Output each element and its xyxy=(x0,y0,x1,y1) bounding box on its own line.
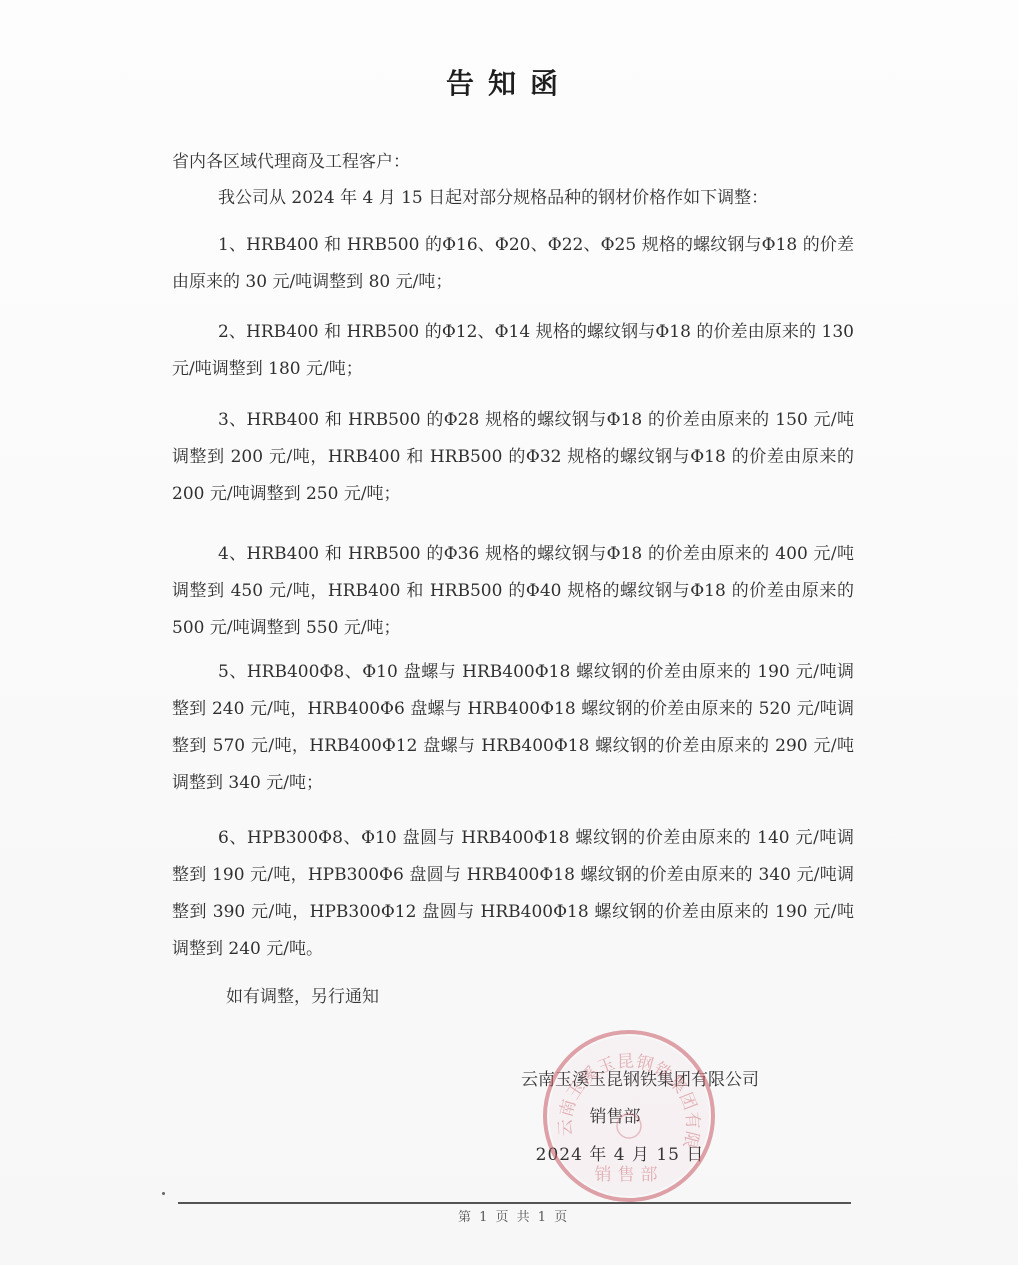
svg-text:云南玉溪玉昆钢铁集团有限公司: 云南玉溪玉昆钢铁集团有限公司 xyxy=(543,1030,702,1151)
signature-department: 销售部 xyxy=(565,1102,665,1127)
adjustment-item-3: 3、HRB400 和 HRB500 的Φ28 规格的螺纹钢与Φ18 的价差由原来… xyxy=(172,402,854,513)
salutation: 省内各区域代理商及工程客户： xyxy=(172,147,410,172)
closing-note: 如有调整，另行通知 xyxy=(226,982,379,1007)
signature-company: 云南玉溪玉昆钢铁集团有限公司 xyxy=(490,1065,790,1090)
adjustment-item-5: 5、HRB400Φ8、Φ10 盘螺与 HRB400Φ18 螺纹钢的价差由原来的 … xyxy=(172,654,854,802)
adjustment-item-6: 6、HPB300Φ8、Φ10 盘圆与 HRB400Φ18 螺纹钢的价差由原来的 … xyxy=(172,820,854,968)
document-page: 告知函 省内各区域代理商及工程客户： 我公司从 2024 年 4 月 15 日起… xyxy=(0,0,1018,1265)
page-indicator: 第 1 页 共 1 页 xyxy=(458,1206,569,1225)
seal-arc-text: 云南玉溪玉昆钢铁集团有限公司 xyxy=(543,1030,702,1151)
footer-divider xyxy=(178,1202,851,1204)
document-title: 告知函 xyxy=(0,62,1018,102)
adjustment-item-4: 4、HRB400 和 HRB500 的Φ36 规格的螺纹钢与Φ18 的价差由原来… xyxy=(172,536,854,647)
seal-bottom-text: 销售部 xyxy=(595,1165,664,1185)
footer-mark xyxy=(162,1192,165,1195)
adjustment-item-2: 2、HRB400 和 HRB500 的Φ12、Φ14 规格的螺纹钢与Φ18 的价… xyxy=(172,314,854,388)
adjustment-item-1: 1、HRB400 和 HRB500 的Φ16、Φ20、Φ22、Φ25 规格的螺纹… xyxy=(172,227,854,301)
intro-paragraph: 我公司从 2024 年 4 月 15 日起对部分规格品种的钢材价格作如下调整： xyxy=(172,180,852,217)
signature-date: 2024 年 4 月 15 日 xyxy=(520,1140,720,1165)
